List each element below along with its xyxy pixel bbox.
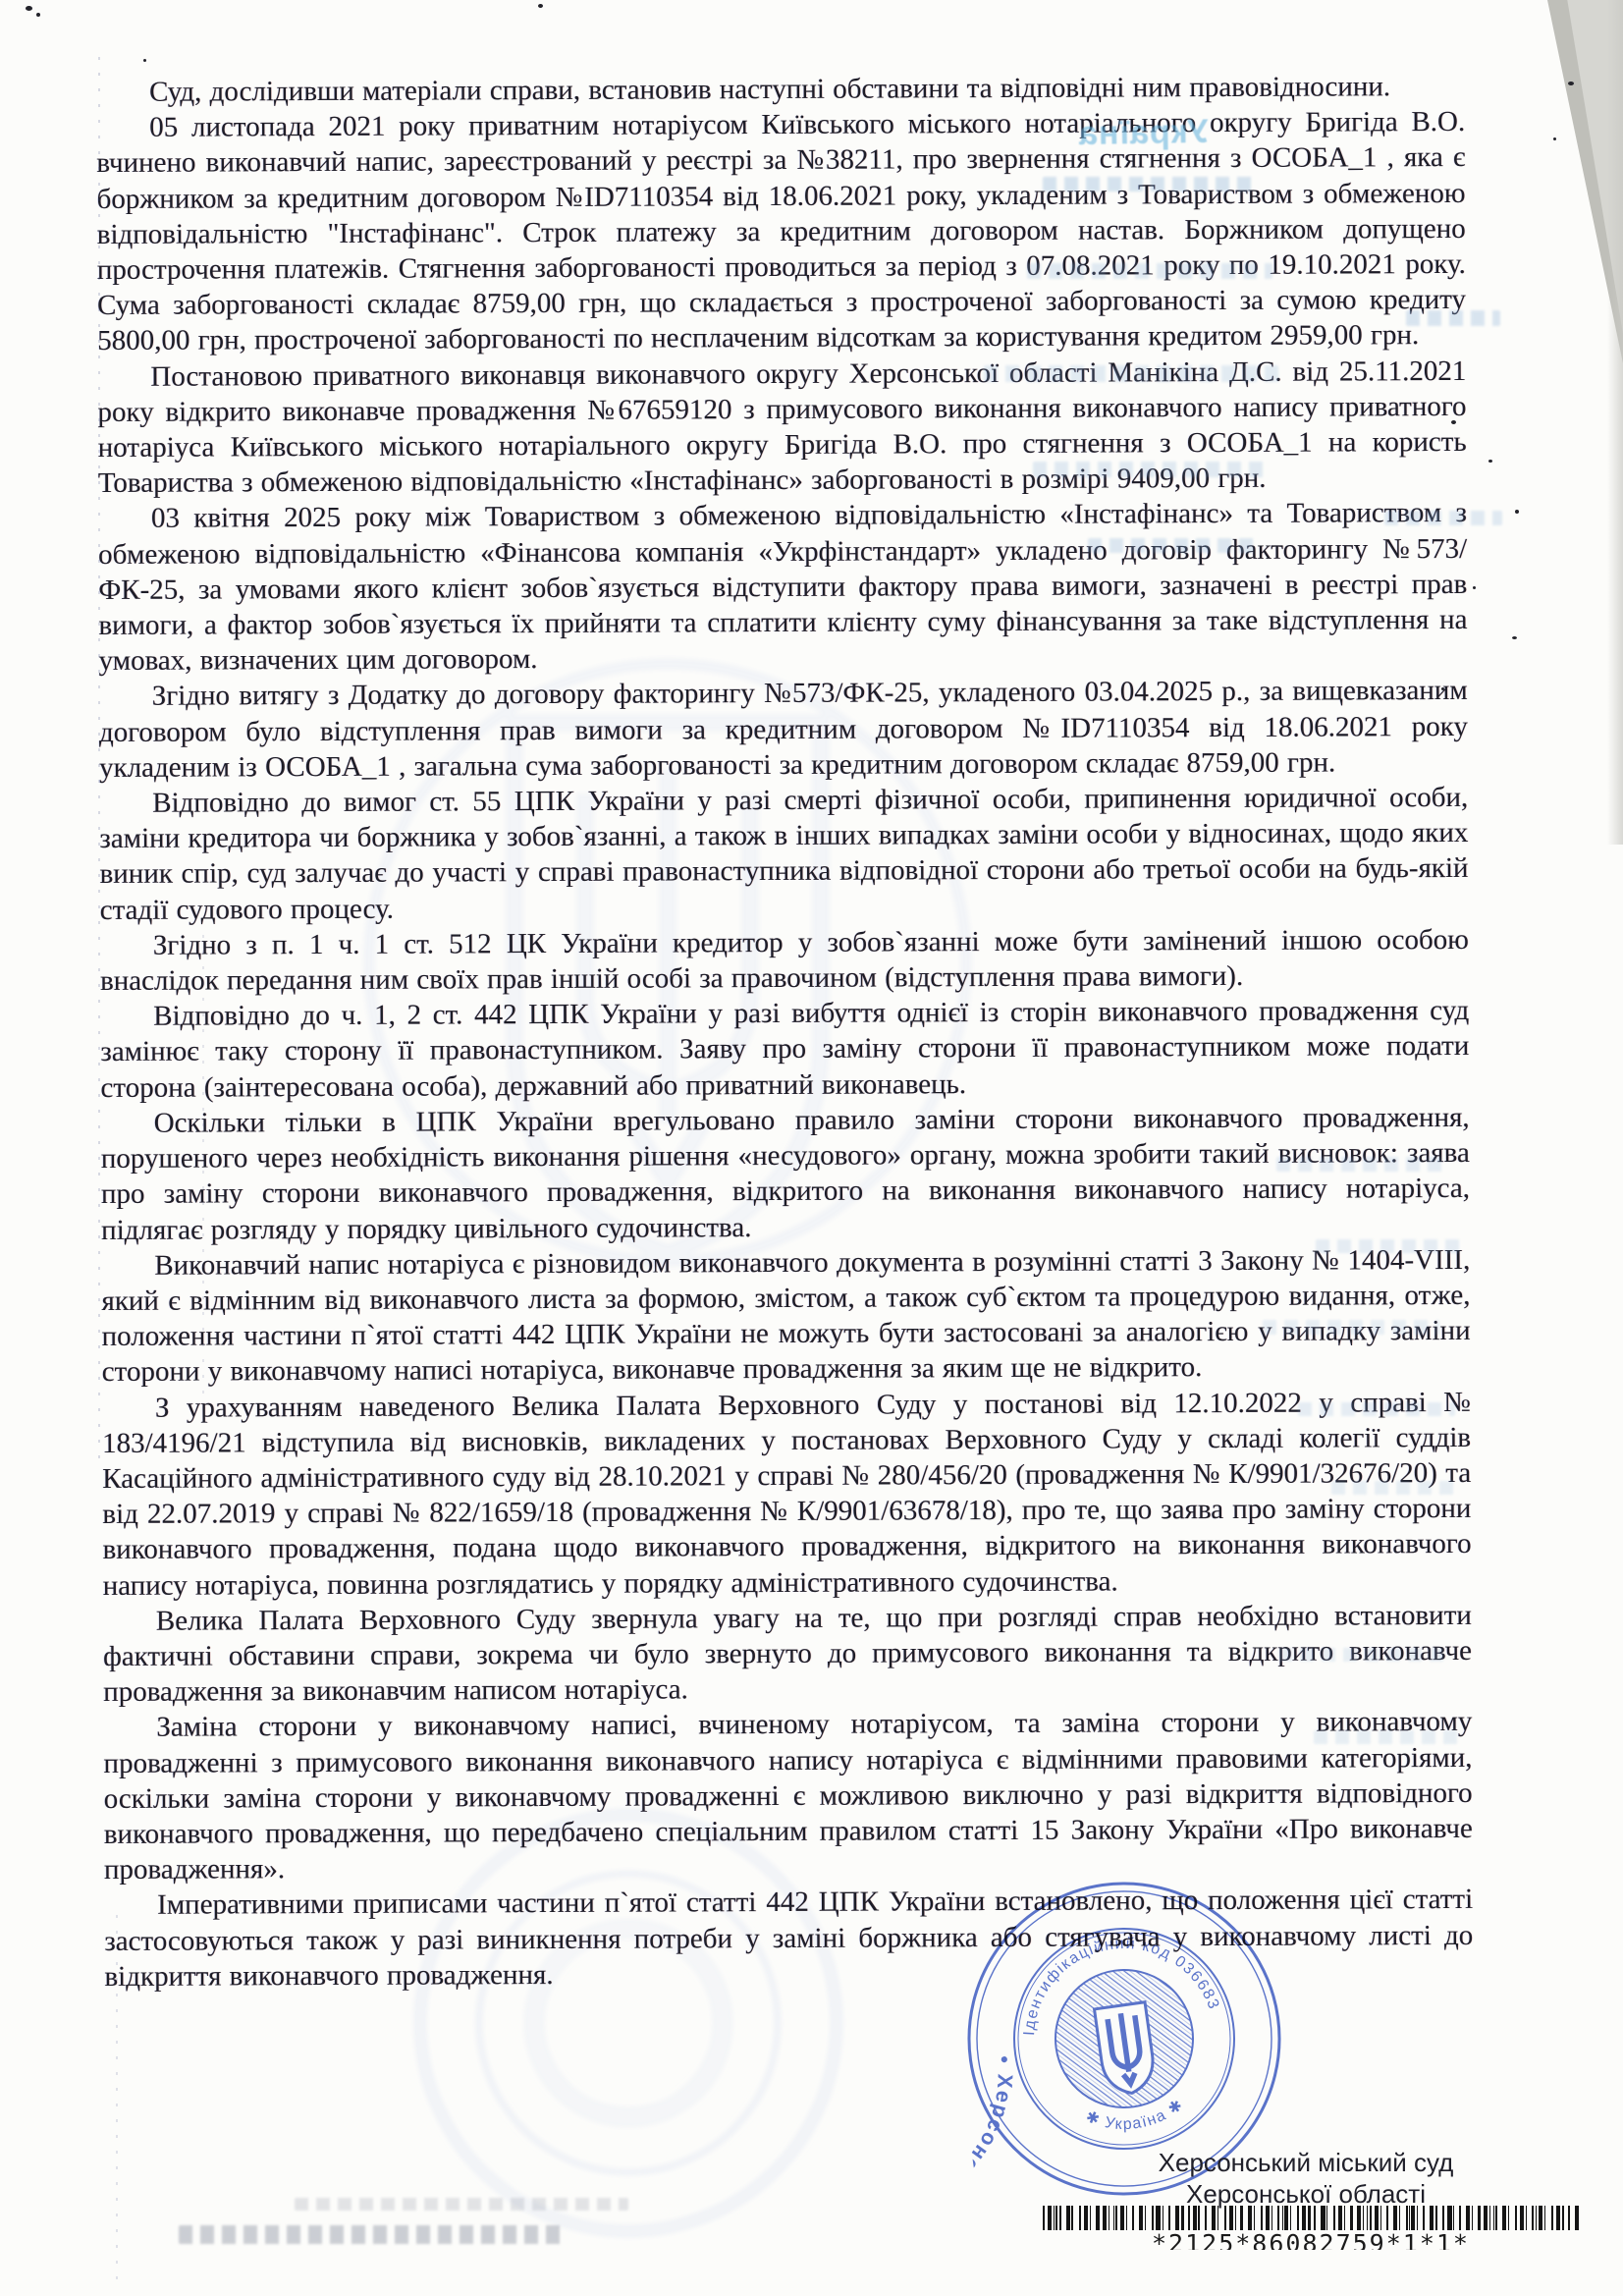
bleedthrough-artifact bbox=[1263, 1320, 1439, 1335]
scan-speck bbox=[36, 13, 40, 17]
bleedthrough-artifact bbox=[1384, 511, 1502, 525]
footer-court-name: Херсонський міський суд Херсонської обла… bbox=[1119, 2147, 1492, 2210]
document-paragraph: 03 квітня 2025 року між Товариством з об… bbox=[98, 495, 1468, 679]
document-body: Суд, дослідивши матеріали справи, встано… bbox=[96, 69, 1474, 1995]
bleedthrough-artifact bbox=[295, 2198, 628, 2211]
bleedthrough-mirrored-text: Україна bbox=[1078, 113, 1209, 153]
scan-speck bbox=[26, 6, 32, 11]
bleedthrough-artifact bbox=[1278, 1648, 1445, 1662]
bleedthrough-artifact bbox=[1316, 1239, 1463, 1253]
document-paragraph: 05 листопада 2021 року приватним нотаріу… bbox=[96, 104, 1466, 359]
document-paragraph: Велика Палата Верховного Суду звернула у… bbox=[103, 1598, 1472, 1711]
scan-speck bbox=[143, 59, 146, 62]
document-paragraph: Відповідно до вимог ст. 55 ЦПК України у… bbox=[99, 780, 1469, 928]
stamp-outer-ring-text: • Херсонський міський суд Херсонської об… bbox=[936, 1908, 1036, 2227]
document-paragraph: Згідно витягу з Додатку до договору факт… bbox=[99, 673, 1468, 786]
scan-speck bbox=[1512, 636, 1517, 639]
document-paragraph: Суд, дослідивши матеріали справи, встано… bbox=[96, 69, 1465, 110]
svg-text:• Херсонський міський суд Херс: • Херсонський міський суд Херсонської об… bbox=[936, 1908, 1036, 2227]
document-paragraph: Виконавчий напис нотаріуса є різновидом … bbox=[101, 1242, 1471, 1391]
scanned-document-page: Суд, дослідивши матеріали справи, встано… bbox=[0, 0, 1623, 2296]
document-paragraph: З урахуванням наведеного Велика Палата В… bbox=[102, 1384, 1472, 1603]
page-edge-shadow bbox=[1607, 0, 1623, 845]
barcode bbox=[1043, 2206, 1579, 2230]
bleedthrough-artifact bbox=[1314, 1730, 1461, 1744]
document-paragraph: Оскільки тільки в ЦПК України врегульова… bbox=[101, 1100, 1471, 1248]
scan-speck bbox=[1451, 420, 1456, 424]
scan-speck bbox=[1441, 687, 1444, 690]
barcode-text: *2125*86082759*1*1* bbox=[1043, 2229, 1579, 2250]
fold-dotted-line bbox=[98, 57, 100, 1471]
bleedthrough-artifact bbox=[1331, 1481, 1459, 1495]
scan-speck bbox=[1488, 460, 1492, 463]
document-paragraph: Відповідно до ч. 1, 2 ст. 442 ЦПК Україн… bbox=[100, 993, 1469, 1106]
bleedthrough-barcode-ghost bbox=[179, 2225, 562, 2244]
footer-court-name-line1: Херсонський міський суд bbox=[1119, 2147, 1492, 2178]
bleedthrough-artifact bbox=[1088, 538, 1255, 553]
scan-speck bbox=[1515, 510, 1519, 514]
document-paragraph: Згідно з п. 1 ч. 1 ст. 512 ЦК України кр… bbox=[100, 922, 1469, 999]
bleedthrough-artifact bbox=[1033, 462, 1269, 477]
bleedthrough-artifact bbox=[1406, 310, 1500, 326]
bleedthrough-artifact bbox=[1276, 1157, 1443, 1172]
scan-speck bbox=[1553, 137, 1556, 140]
bleedthrough-artifact bbox=[1027, 263, 1272, 279]
scan-speck bbox=[1473, 586, 1476, 589]
bleedthrough-artifact bbox=[1298, 1402, 1455, 1416]
fold-dotted-line bbox=[202, 935, 204, 1396]
scan-speck bbox=[1568, 82, 1574, 85]
bleedthrough-artifact bbox=[984, 365, 1278, 382]
scan-speck bbox=[538, 4, 543, 8]
bleedthrough-artifact bbox=[1043, 177, 1259, 191]
fold-dotted-line bbox=[116, 1915, 118, 2288]
